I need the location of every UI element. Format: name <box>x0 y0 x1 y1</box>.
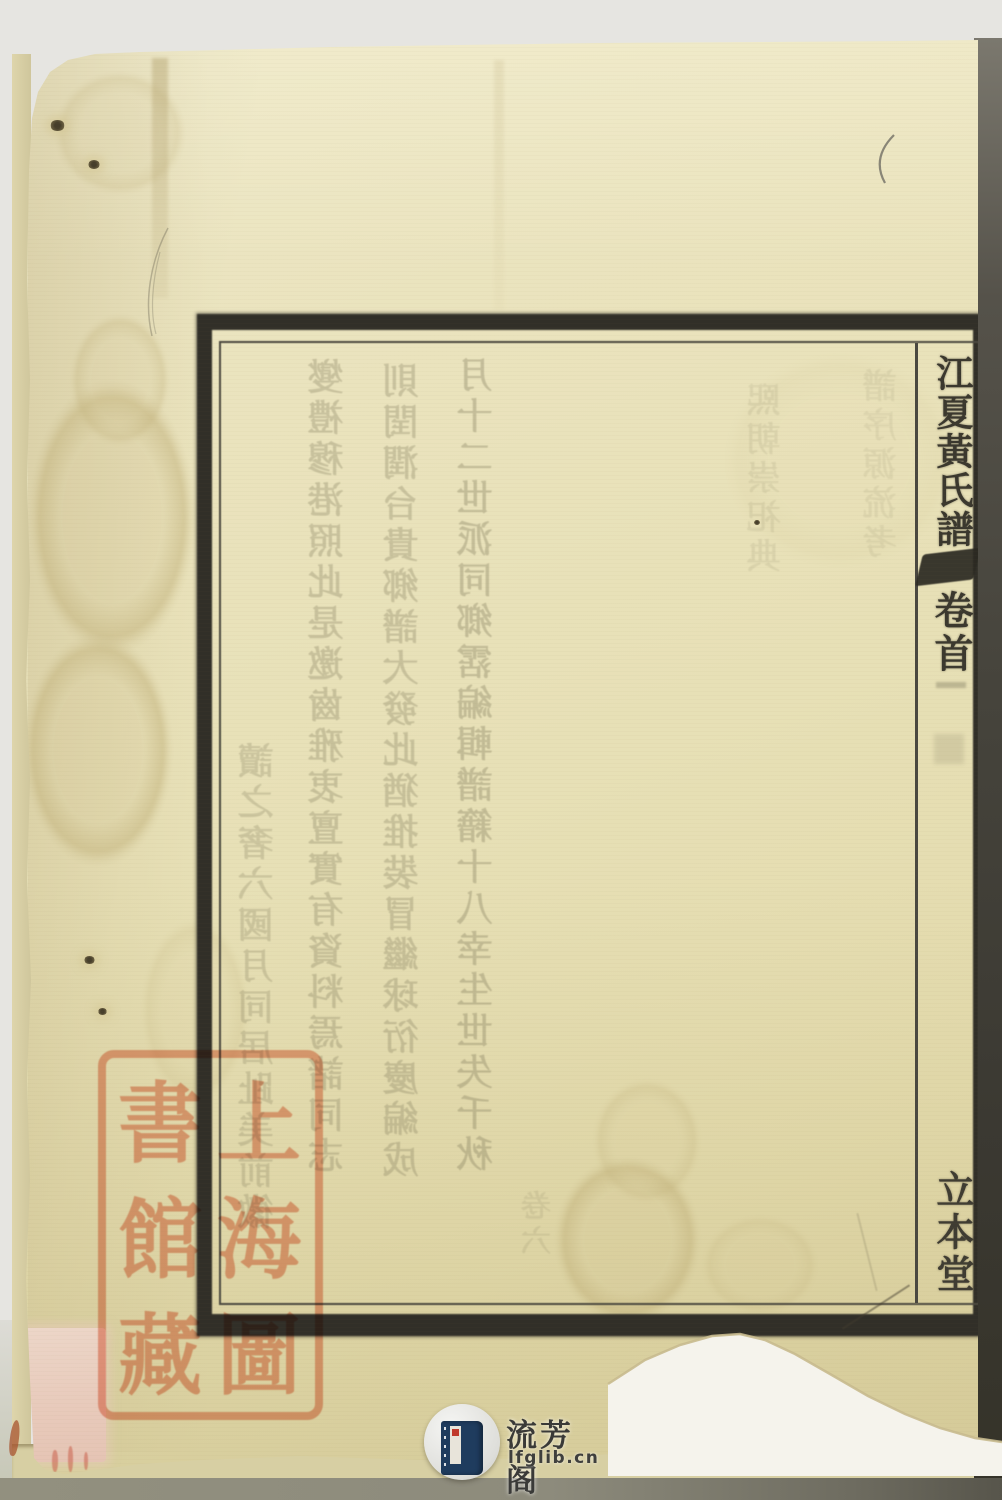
faint-mark <box>934 734 964 764</box>
paper-left-tone <box>28 52 208 1452</box>
showthrough-column: 則閏潤台貴鄉譜大發此猶推裝冒繼球衍慶編成 <box>378 362 429 1182</box>
seal-character: 上 <box>209 1063 309 1185</box>
water-stain <box>690 1205 830 1325</box>
faint-mark <box>936 682 966 688</box>
frame-inner-line <box>219 341 980 1305</box>
water-stain <box>8 610 188 890</box>
stitch-hole <box>60 1390 75 1401</box>
library-collection-seal: 上海圖書館藏 <box>98 1050 323 1420</box>
pencil-mark <box>870 132 900 186</box>
book-stitch-dots <box>444 1427 446 1471</box>
showthrough-column: 月十二世派同鄉霑編輯譜籍十八幸生世失千秋 <box>452 356 503 1176</box>
lfg-watermark-logo: 流芳阁 lfglib.cn <box>424 1398 604 1484</box>
water-stain <box>40 58 200 208</box>
red-drip <box>52 1450 58 1472</box>
scanned-page-stage: 月十二世派同鄉霑編輯譜籍十八幸生世失千秋則閏潤台貴鄉譜大發此猶推裝冒繼球衍慶編成… <box>0 0 1002 1500</box>
seal-character: 藏 <box>110 1295 210 1417</box>
water-stain <box>582 1066 712 1216</box>
stain-streak <box>152 58 168 298</box>
ink-smudge <box>915 548 981 587</box>
water-stain <box>60 300 180 460</box>
title-column-divider-line <box>915 343 918 1303</box>
water-stain <box>700 330 980 590</box>
water-stain <box>130 900 260 1120</box>
backdrop-right-strip <box>974 38 1002 1482</box>
volume-title: 江夏黃氏譜 <box>932 354 978 549</box>
stitch-hole <box>88 160 100 169</box>
water-stain <box>12 352 212 682</box>
site-url: lfglib.cn <box>508 1448 599 1468</box>
showthrough-column: 熙朝崇祀典 <box>742 382 791 577</box>
showthrough-column: 卷六 <box>518 1190 562 1260</box>
book-label-seal <box>452 1429 459 1436</box>
stitch-hole <box>90 1344 102 1353</box>
hall-name: 立本堂 <box>934 1170 980 1296</box>
showthrough-column: 燮禮穆港照此是邀齒雅衷亶實有資料焉諸同志 <box>303 358 354 1178</box>
red-drip <box>84 1452 88 1470</box>
book-icon <box>441 1421 483 1475</box>
pencil-scribble <box>130 222 180 342</box>
ink-speck <box>754 520 760 525</box>
seal-character: 館 <box>110 1179 210 1301</box>
seal-column-right: 上海圖 <box>209 1066 309 1414</box>
red-drip <box>68 1446 73 1472</box>
woodblock-frame-border <box>197 314 983 1336</box>
logo-circle <box>424 1404 500 1480</box>
showthrough-column: 讀之奢六國月同居趾美前徽 <box>233 742 284 1234</box>
seal-character: 書 <box>110 1063 210 1185</box>
stain-streak <box>494 60 504 310</box>
seal-character: 圖 <box>209 1295 309 1417</box>
stitch-hole <box>98 1008 107 1015</box>
paper-sheet: 月十二世派同鄉霑編輯譜籍十八幸生世失千秋則閏潤台貴鄉譜大發此猶推裝冒繼球衍慶編成… <box>0 0 1002 1500</box>
water-stain <box>540 1140 715 1340</box>
stitch-hole <box>84 956 95 964</box>
torn-corner <box>595 1318 1002 1482</box>
crease-line <box>856 1213 877 1291</box>
stitch-hole <box>50 120 65 131</box>
section-label: 卷首 <box>932 590 978 676</box>
seal-column-left: 書館藏 <box>110 1066 210 1414</box>
seal-character: 海 <box>209 1179 309 1301</box>
showthrough-column: 譜序源流考 <box>858 368 907 563</box>
